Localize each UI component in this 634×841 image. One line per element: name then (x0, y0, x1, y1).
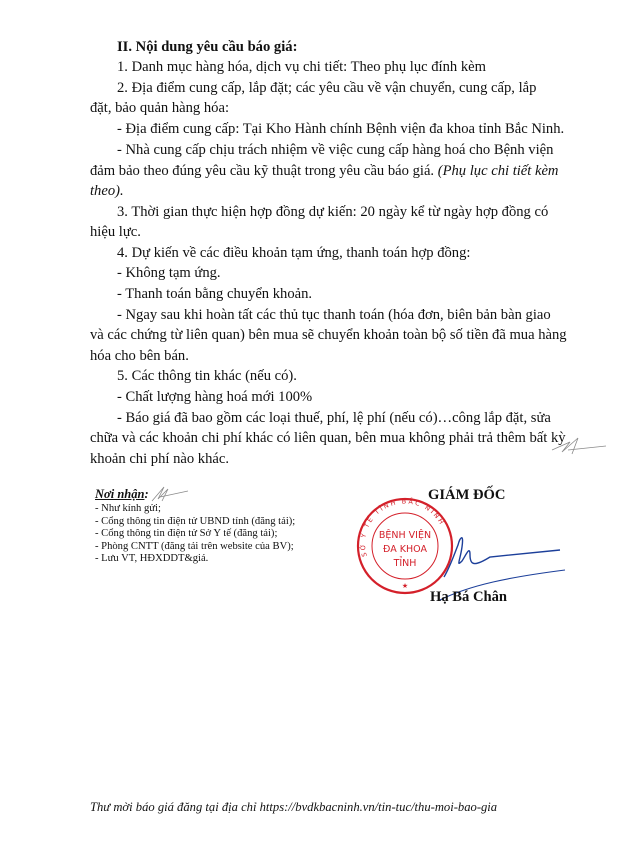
item-3-line-2: hiệu lực. (90, 222, 141, 242)
item-4-bullet-2: - Thanh toán bằng chuyển khoản. (117, 284, 312, 304)
item-4-bullet-3-line-3: hóa cho bên bán. (90, 346, 189, 366)
section-heading: II. Nội dung yêu cầu báo giá: (117, 37, 297, 57)
recipient-item: - Lưu VT, HĐXDDT&giá. (95, 553, 295, 566)
item-5-bullet-2-line-1: - Báo giá đã bao gồm các loại thuế, phí,… (117, 408, 510, 428)
item-2-bullet-2-line-2: đảm bảo theo đúng yêu cầu kỹ thuật trong… (90, 161, 510, 181)
item-5-bullet-2-line-3: khoản chi phí nào khác. (90, 449, 229, 469)
recipients-list: - Như kính gửi; - Cổng thông tin điện tử… (95, 503, 295, 566)
stamp-line-3: TỈNH (393, 557, 417, 569)
item-5-bullet-1: - Chất lượng hàng hoá mới 100% (117, 387, 312, 407)
recipient-item: - Phòng CNTT (đăng tải trên website của … (95, 541, 295, 554)
recipient-item: - Cổng thông tin điện tử UBND tỉnh (đăng… (95, 516, 295, 529)
stamp-line-2: ĐA KHOA (383, 544, 427, 555)
item-3-line-1: 3. Thời gian thực hiện hợp đồng dự kiến:… (117, 202, 510, 222)
item-2-bullet-2-line-1: - Nhà cung cấp chịu trách nhiệm về việc … (117, 140, 510, 160)
item-4-bullet-3-line-1: - Ngay sau khi hoàn tất các thủ tục than… (117, 305, 510, 325)
recipients-scribble-icon (150, 483, 190, 505)
item-4-bullet-3-line-2: và các chứng từ liên quan) bên mua sẽ ch… (90, 325, 510, 345)
svg-text:★: ★ (402, 582, 408, 590)
item-2-line-1: 2. Địa điểm cung cấp, lắp đặt; các yêu c… (117, 78, 510, 98)
item-2-bullet-2-note: (Phụ lục chi tiết kèm (438, 163, 559, 179)
item-5: 5. Các thông tin khác (nếu có). (117, 366, 297, 386)
item-2-line-2: đặt, bảo quản hàng hóa: (90, 98, 229, 118)
item-4-bullet-1: - Không tạm ứng. (117, 263, 221, 283)
recipient-item: - Cổng thông tin điện tử Sở Y tế (đăng t… (95, 528, 295, 541)
item-1: 1. Danh mục hàng hóa, dịch vụ chi tiết: … (117, 57, 486, 77)
item-5-bullet-2-line-2: chữa và các khoản chi phí khác có liên q… (90, 428, 510, 448)
recipients-title: Nơi nhận: (95, 487, 149, 502)
initials-scribble-icon (548, 430, 608, 460)
item-4: 4. Dự kiến về các điều khoản tạm ứng, th… (117, 243, 470, 263)
signer-name: Hạ Bá Chân (430, 589, 507, 606)
item-2-bullet-1: - Địa điểm cung cấp: Tại Kho Hành chính … (117, 119, 564, 139)
recipient-item: - Như kính gửi; (95, 503, 295, 516)
footer-note: Thư mời báo giá đăng tại địa chỉ https:/… (90, 800, 497, 815)
item-2-bullet-2-line-3: theo). (90, 181, 124, 201)
stamp-line-1: BỆNH VIỆN (379, 529, 431, 541)
item-2-bullet-2-text: đảm bảo theo đúng yêu cầu kỹ thuật trong… (90, 163, 438, 179)
